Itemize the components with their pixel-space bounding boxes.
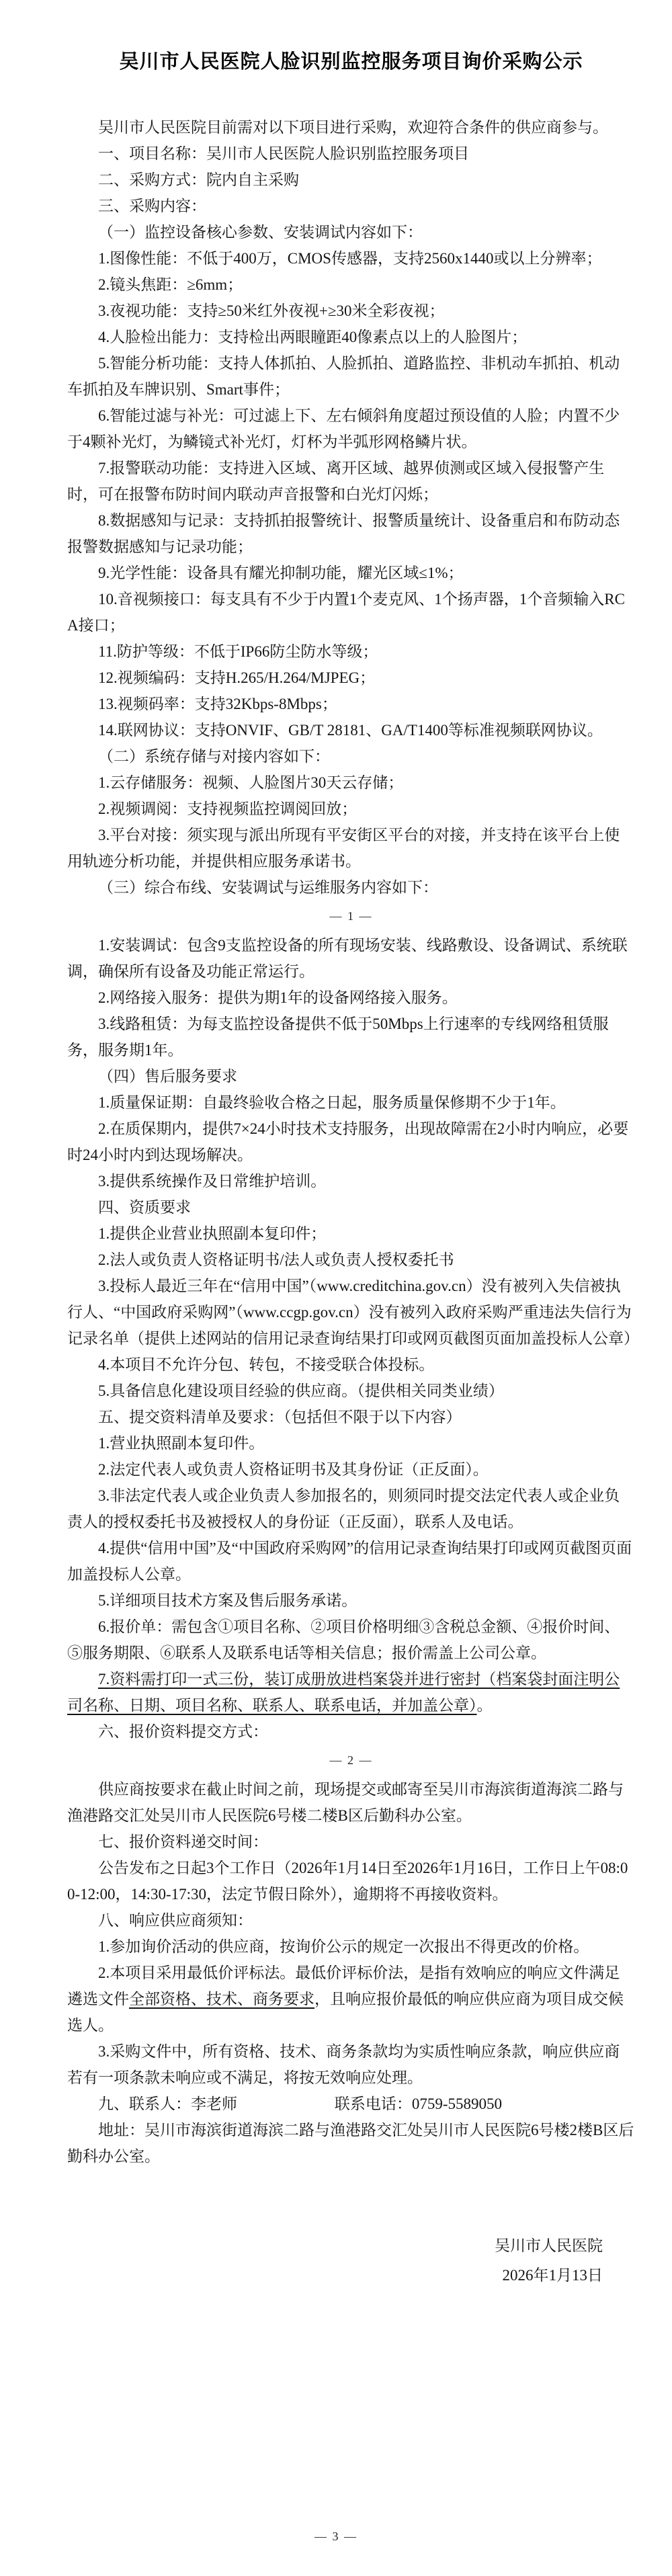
text-run: 11.防护等级：不低于IP66防尘防水等级； xyxy=(98,643,378,660)
paragraph: 2.镜头焦距：≥6mm； xyxy=(67,272,635,298)
text-run: 1.云存储服务：视频、人脸图片30天云存储； xyxy=(98,774,403,791)
paragraph: 吴川市人民医院目前需对以下项目进行采购，欢迎符合条件的供应商参与。 xyxy=(67,114,635,140)
text-run: 吴川市人民医院目前需对以下项目进行采购，欢迎符合条件的供应商参与。 xyxy=(98,119,608,136)
paragraph: 5.具备信息化建设项目经验的供应商。（提供相关同类业绩） xyxy=(67,1378,635,1404)
text-run: 12.视频编码：支持H.265/H.264/MJPEG； xyxy=(98,669,375,686)
paragraph: 3.投标人最近三年在“信用中国”（www.creditchina.gov.cn）… xyxy=(67,1273,635,1352)
paragraph: 7.报警联动功能：支持进入区域、离开区域、越界侦测或区域入侵报警产生时，可在报警… xyxy=(67,455,635,507)
paragraph: 4.提供“信用中国”及“中国政府采购网”的信用记录查询结果打印或网页截图页面加盖… xyxy=(67,1535,635,1587)
paragraph: 1.质量保证期：自最终验收合格之日起，服务质量保修期不少于1年。 xyxy=(67,1089,635,1116)
page-number: — 1 — xyxy=(67,903,635,929)
text-run: 2.法定代表人或负责人资格证明书及其身份证（正反面）。 xyxy=(98,1461,489,1478)
paragraph: 九、联系人：李老师联系电话：0759-5589050 xyxy=(67,2091,635,2117)
paragraph: 地址：吴川市海滨街道海滨二路与渔港路交汇处吴川市人民医院6号楼2楼B区后勤科办公… xyxy=(67,2117,635,2169)
paragraph: 1.营业执照副本复印件。 xyxy=(67,1430,635,1456)
text-run: 六、报价资料提交方式： xyxy=(98,1723,268,1740)
page-number-3: — 3 — xyxy=(0,2530,672,2544)
paragraph: 12.视频编码：支持H.265/H.264/MJPEG； xyxy=(67,665,635,691)
paragraph: 3.平台对接：须实现与派出所现有平安街区平台的对接，并支持在该平台上使用轨迹分析… xyxy=(67,822,635,874)
paragraph: 3.非法定代表人或企业负责人参加报名的，则须同时提交法定代表人或企业负责人的授权… xyxy=(67,1483,635,1535)
paragraph: 5.详细项目技术方案及售后服务承诺。 xyxy=(67,1587,635,1614)
text-run: （三）综合布线、安装调试与运维服务内容如下： xyxy=(98,879,438,896)
text-run: 2.法人或负责人资格证明书/法人或负责人授权委托书 xyxy=(98,1251,454,1268)
text-run: 13.视频码率：支持32Kbps-8Mbps； xyxy=(98,696,337,712)
paragraph: 四、资质要求 xyxy=(67,1194,635,1220)
text-run: 7.报警联动功能：支持进入区域、离开区域、越界侦测或区域入侵报警产生时，可在报警… xyxy=(67,460,604,503)
paragraph: 供应商按要求在截止时间之前，现场提交或邮寄至吴川市海滨街道海滨二路与渔港路交汇处… xyxy=(67,1776,635,1829)
text-run: 2.网络接入服务：提供为期1年的设备网络接入服务。 xyxy=(98,989,458,1006)
paragraph: 五、提交资料清单及要求：（包括但不限于以下内容） xyxy=(67,1404,635,1430)
paragraph: 7.资料需打印一式三份，装订成册放进档案袋并进行密封（档案袋封面注明公司名称、日… xyxy=(67,1666,635,1718)
page-number: — 2 — xyxy=(67,1747,635,1774)
text-run: 3.线路租赁：为每支监控设备提供不低于50Mbps上行速率的专线网络租赁服务，服… xyxy=(67,1015,609,1058)
document-body: 吴川市人民医院目前需对以下项目进行采购，欢迎符合条件的供应商参与。一、项目名称：… xyxy=(67,114,635,2169)
paragraph: 2.法人或负责人资格证明书/法人或负责人授权委托书 xyxy=(67,1247,635,1273)
text-run: （四）售后服务要求 xyxy=(98,1068,237,1085)
text-run: — 1 — xyxy=(330,909,373,923)
paragraph: （四）售后服务要求 xyxy=(67,1063,635,1089)
paragraph: 10.音视频接口：每支具有不少于内置1个麦克风、1个扬声器，1个音频输入RCA接… xyxy=(67,586,635,638)
text-run: 3.夜视功能：支持≥50米红外夜视+≥30米全彩夜视； xyxy=(98,302,444,319)
text-run: 四、资质要求 xyxy=(98,1199,191,1216)
paragraph: 一、项目名称：吴川市人民医院人脸识别监控服务项目 xyxy=(67,140,635,167)
text-run: 4.本项目不允许分包、转包，不接受联合体投标。 xyxy=(98,1356,434,1373)
paragraph: 1.图像性能：不低于400万，CMOS传感器，支持2560x1440或以上分辨率… xyxy=(67,245,635,272)
paragraph: 9.光学性能：设备具有耀光抑制功能，耀光区域≤1%； xyxy=(67,560,635,586)
text-run: 3.采购文件中，所有资格、技术、商务条款均为实质性响应条款，响应供应商若有一项条… xyxy=(67,2043,620,2086)
paragraph: 三、采购内容： xyxy=(67,193,635,219)
text-run: 1.图像性能：不低于400万，CMOS传感器，支持2560x1440或以上分辨率… xyxy=(98,250,601,267)
text-run: 10.音视频接口：每支具有不少于内置1个麦克风、1个扬声器，1个音频输入RCA接… xyxy=(67,591,625,634)
text-run: 14.联网协议：支持ONVIF、GB/T 28181、GA/T1400等标准视频… xyxy=(98,722,603,739)
text-run: （二）系统存储与对接内容如下： xyxy=(98,748,330,765)
text-run: 3.提供系统操作及日常维护培训。 xyxy=(98,1173,326,1190)
paragraph: 3.线路租赁：为每支监控设备提供不低于50Mbps上行速率的专线网络租赁服务，服… xyxy=(67,1011,635,1063)
text-run: 五、提交资料清单及要求：（包括但不限于以下内容） xyxy=(98,1409,462,1425)
text-run: 8.数据感知与记录：支持抓拍报警统计、报警质量统计、设备重启和布防动态报警数据感… xyxy=(67,512,620,555)
text-run: 2.视频调阅：支持视频监控调阅回放； xyxy=(98,800,357,817)
text-run: 9.光学性能：设备具有耀光抑制功能，耀光区域≤1%； xyxy=(98,565,464,581)
text-run: 1.营业执照副本复印件。 xyxy=(98,1435,264,1452)
signature-block: 吴川市人民医院 2026年1月13日 xyxy=(67,2231,603,2290)
text-run: 。 xyxy=(477,1697,493,1714)
text-run: 地址：吴川市海滨街道海滨二路与渔港路交汇处吴川市人民医院6号楼2楼B区后勤科办公… xyxy=(67,2122,634,2165)
paragraph: 八、响应供应商须知： xyxy=(67,1907,635,1934)
text-run: 资料需打印一式三份，装订成册放进档案袋并进行密封（档案袋封面注明公司名称、日期、… xyxy=(67,1671,620,1714)
text-run: 1.安装调试：包含9支监控设备的所有现场安装、线路敷设、设备调试、系统联调，确保… xyxy=(67,937,628,980)
text-run: 供应商按要求在截止时间之前，现场提交或邮寄至吴川市海滨街道海滨二路与渔港路交汇处… xyxy=(67,1781,624,1824)
paragraph: 2.网络接入服务：提供为期1年的设备网络接入服务。 xyxy=(67,985,635,1011)
text-run: 2.在质保期内，提供7×24小时技术支持服务，出现故障需在2小时内响应，必要时2… xyxy=(67,1120,628,1163)
paragraph: 2.本项目采用最低价评标法。最低价评标价法，是指有效响应的响应文件满足遴选文件全… xyxy=(67,1960,635,2038)
paragraph: 8.数据感知与记录：支持抓拍报警统计、报警质量统计、设备重启和布防动态报警数据感… xyxy=(67,507,635,560)
paragraph: 2.在质保期内，提供7×24小时技术支持服务，出现故障需在2小时内响应，必要时2… xyxy=(67,1116,635,1168)
document-title: 吴川市人民医院人脸识别监控服务项目询价采购公示 xyxy=(67,47,635,77)
text-run: 三、采购内容： xyxy=(98,198,206,214)
signature-date: 2026年1月13日 xyxy=(67,2261,603,2290)
text-run: 1.质量保证期：自最终验收合格之日起，服务质量保修期不少于1年。 xyxy=(98,1094,566,1111)
text-run: 七、报价资料递交时间： xyxy=(98,1833,268,1850)
paragraph: 六、报价资料提交方式： xyxy=(67,1718,635,1745)
paragraph: 13.视频码率：支持32Kbps-8Mbps； xyxy=(67,691,635,717)
text-run: 5.具备信息化建设项目经验的供应商。（提供相关同类业绩） xyxy=(98,1382,504,1399)
paragraph: 4.人脸检出能力：支持检出两眼瞳距40像素点以上的人脸图片； xyxy=(67,324,635,350)
paragraph: 1.云存储服务：视频、人脸图片30天云存储； xyxy=(67,770,635,796)
text-run: 八、响应供应商须知： xyxy=(98,1912,253,1929)
announcement-document: 吴川市人民医院人脸识别监控服务项目询价采购公示 吴川市人民医院目前需对以下项目进… xyxy=(0,0,672,2290)
text-run: 全部资格、技术、商务要求 xyxy=(129,1991,314,2007)
paragraph: 2.视频调阅：支持视频监控调阅回放； xyxy=(67,796,635,822)
paragraph: 6.智能过滤与补光：可过滤上下、左右倾斜角度超过预设值的人脸；内置不少于4颗补光… xyxy=(67,403,635,455)
text-run: 1.提供企业营业执照副本复印件； xyxy=(98,1225,326,1242)
text-run: 6.智能过滤与补光：可过滤上下、左右倾斜角度超过预设值的人脸；内置不少于4颗补光… xyxy=(67,407,620,450)
text-run: — 2 — xyxy=(330,1753,373,1767)
text-run: 2.镜头焦距：≥6mm； xyxy=(98,276,243,293)
text-run: 1.参加询价活动的供应商，按询价公示的规定一次报出不得更改的价格。 xyxy=(98,1938,589,1955)
paragraph: 1.安装调试：包含9支监控设备的所有现场安装、线路敷设、设备调试、系统联调，确保… xyxy=(67,932,635,985)
text-run: 7. xyxy=(98,1671,110,1688)
paragraph: 3.提供系统操作及日常维护培训。 xyxy=(67,1168,635,1194)
paragraph: 七、报价资料递交时间： xyxy=(67,1829,635,1855)
paragraph: 4.本项目不允许分包、转包，不接受联合体投标。 xyxy=(67,1352,635,1378)
paragraph: 3.采购文件中，所有资格、技术、商务条款均为实质性响应条款，响应供应商若有一项条… xyxy=(67,2038,635,2091)
text-run: 5.详细项目技术方案及售后服务承诺。 xyxy=(98,1592,357,1609)
text-run: 5.智能分析功能：支持人体抓拍、人脸抓拍、道路监控、非机动车抓拍、机动车抓拍及车… xyxy=(67,355,620,398)
text-run: 3.平台对接：须实现与派出所现有平安街区平台的对接，并支持在该平台上使用轨迹分析… xyxy=(67,827,620,870)
paragraph: 11.防护等级：不低于IP66防尘防水等级； xyxy=(67,638,635,665)
paragraph: 14.联网协议：支持ONVIF、GB/T 28181、GA/T1400等标准视频… xyxy=(67,717,635,743)
text-run: 一、项目名称：吴川市人民医院人脸识别监控服务项目 xyxy=(98,145,469,162)
paragraph: 1.提供企业营业执照副本复印件； xyxy=(67,1220,635,1247)
text-run: （一）监控设备核心参数、安装调试内容如下： xyxy=(98,224,423,241)
text-run: 二、采购方式：院内自主采购 xyxy=(98,171,299,188)
text-run: 3.投标人最近三年在“信用中国”（www.creditchina.gov.cn）… xyxy=(67,1278,639,1347)
text-run: 4.提供“信用中国”及“中国政府采购网”的信用记录查询结果打印或网页截图页面加盖… xyxy=(67,1540,632,1583)
paragraph: 3.夜视功能：支持≥50米红外夜视+≥30米全彩夜视； xyxy=(67,298,635,324)
paragraph: 公告发布之日起3个工作日（2026年1月14日至2026年1月16日，工作日上午… xyxy=(67,1855,635,1907)
paragraph: 6.报价单：需包含①项目名称、②项目价格明细③含税总金额、④报价时间、⑤服务期限… xyxy=(67,1614,635,1666)
text-run: 4.人脸检出能力：支持检出两眼瞳距40像素点以上的人脸图片； xyxy=(98,329,527,345)
paragraph: 二、采购方式：院内自主采购 xyxy=(67,167,635,193)
paragraph: （三）综合布线、安装调试与运维服务内容如下： xyxy=(67,874,635,901)
text-run: 公告发布之日起3个工作日（2026年1月14日至2026年1月16日，工作日上午… xyxy=(67,1860,628,1903)
paragraph: （二）系统存储与对接内容如下： xyxy=(67,743,635,770)
paragraph: 1.参加询价活动的供应商，按询价公示的规定一次报出不得更改的价格。 xyxy=(67,1934,635,1960)
text-run: 九、联系人：李老师 xyxy=(98,2095,237,2112)
paragraph: （一）监控设备核心参数、安装调试内容如下： xyxy=(67,219,635,245)
text-run: 联系电话：0759-5589050 xyxy=(335,2095,502,2112)
paragraph: 5.智能分析功能：支持人体抓拍、人脸抓拍、道路监控、非机动车抓拍、机动车抓拍及车… xyxy=(67,350,635,403)
signature-org: 吴川市人民医院 xyxy=(67,2231,603,2261)
text-run: 3.非法定代表人或企业负责人参加报名的，则须同时提交法定代表人或企业负责人的授权… xyxy=(67,1487,620,1530)
paragraph: 2.法定代表人或负责人资格证明书及其身份证（正反面）。 xyxy=(67,1456,635,1483)
text-run: 6.报价单：需包含①项目名称、②项目价格明细③含税总金额、④报价时间、⑤服务期限… xyxy=(67,1618,620,1661)
